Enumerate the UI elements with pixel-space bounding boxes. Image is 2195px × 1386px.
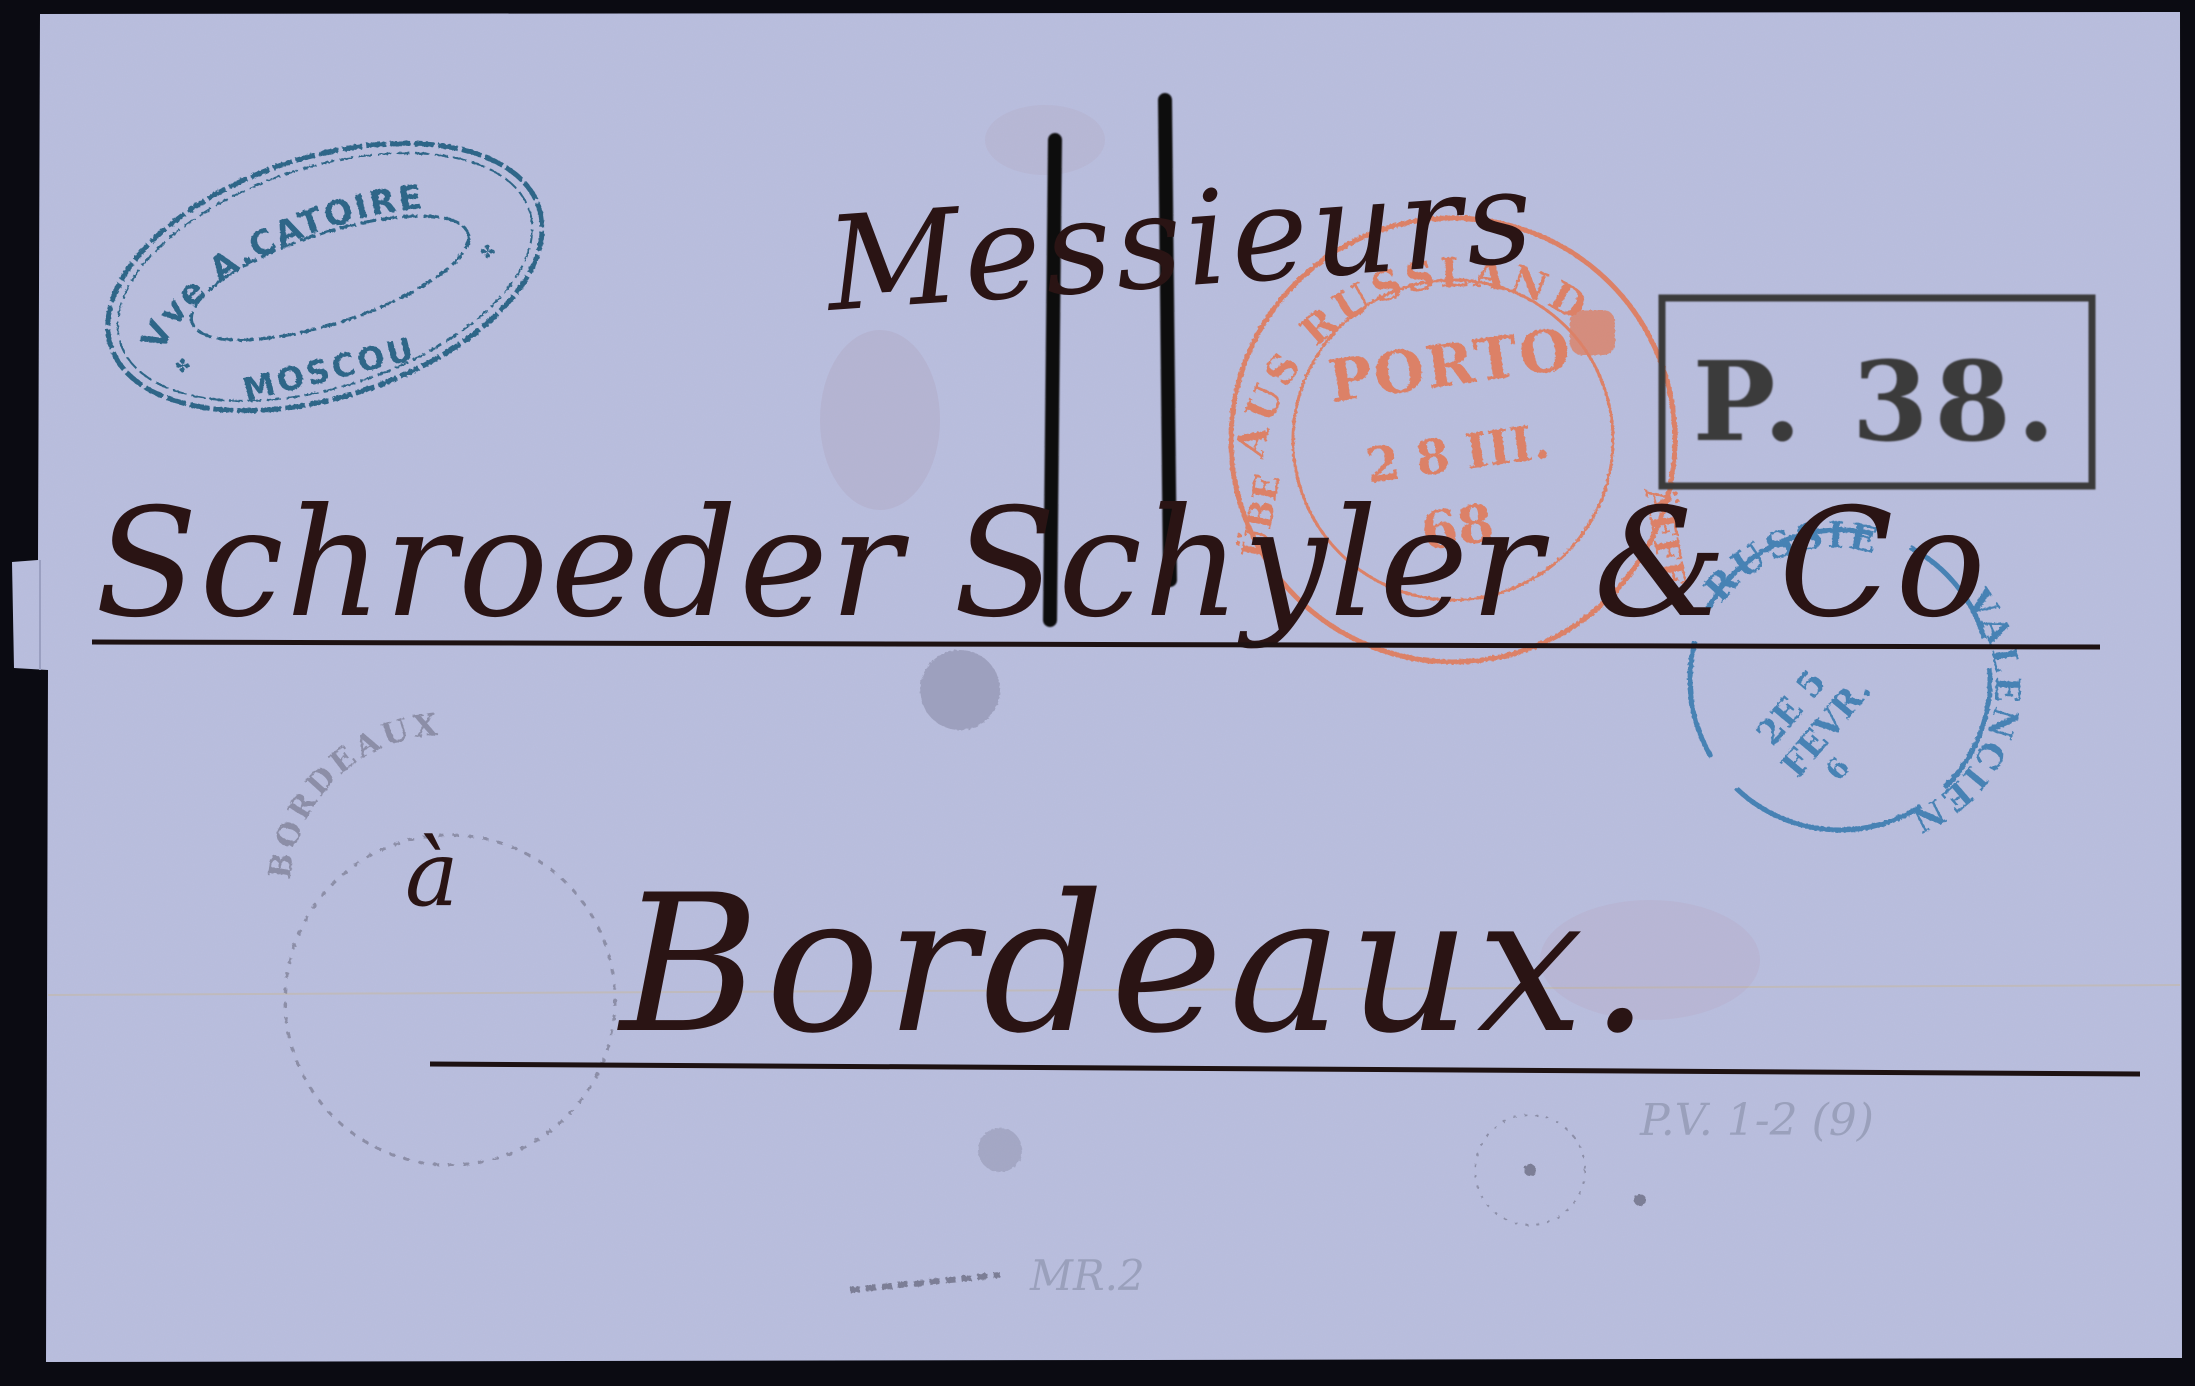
rate-marking-text: P. 38.	[1693, 337, 2061, 466]
postmark-ornament-icon	[1570, 310, 1615, 355]
address-city: Bordeaux.	[617, 854, 1656, 1075]
pencil-note-2: MR.2	[1029, 1251, 1145, 1300]
address-preposition: à	[405, 822, 459, 927]
ornament-icon: ✤	[480, 242, 495, 263]
ornament-icon: ✤	[175, 356, 190, 377]
address-addressee: Schroeder Schyler & Co	[95, 477, 1988, 651]
pencil-note-1: P.V. 1-2 (9)	[1639, 1095, 1874, 1146]
postal-cover: BORDEAUX Vve A.CATOIRE MOSCOU ✤ ✤ AUS RU…	[0, 0, 2195, 1386]
